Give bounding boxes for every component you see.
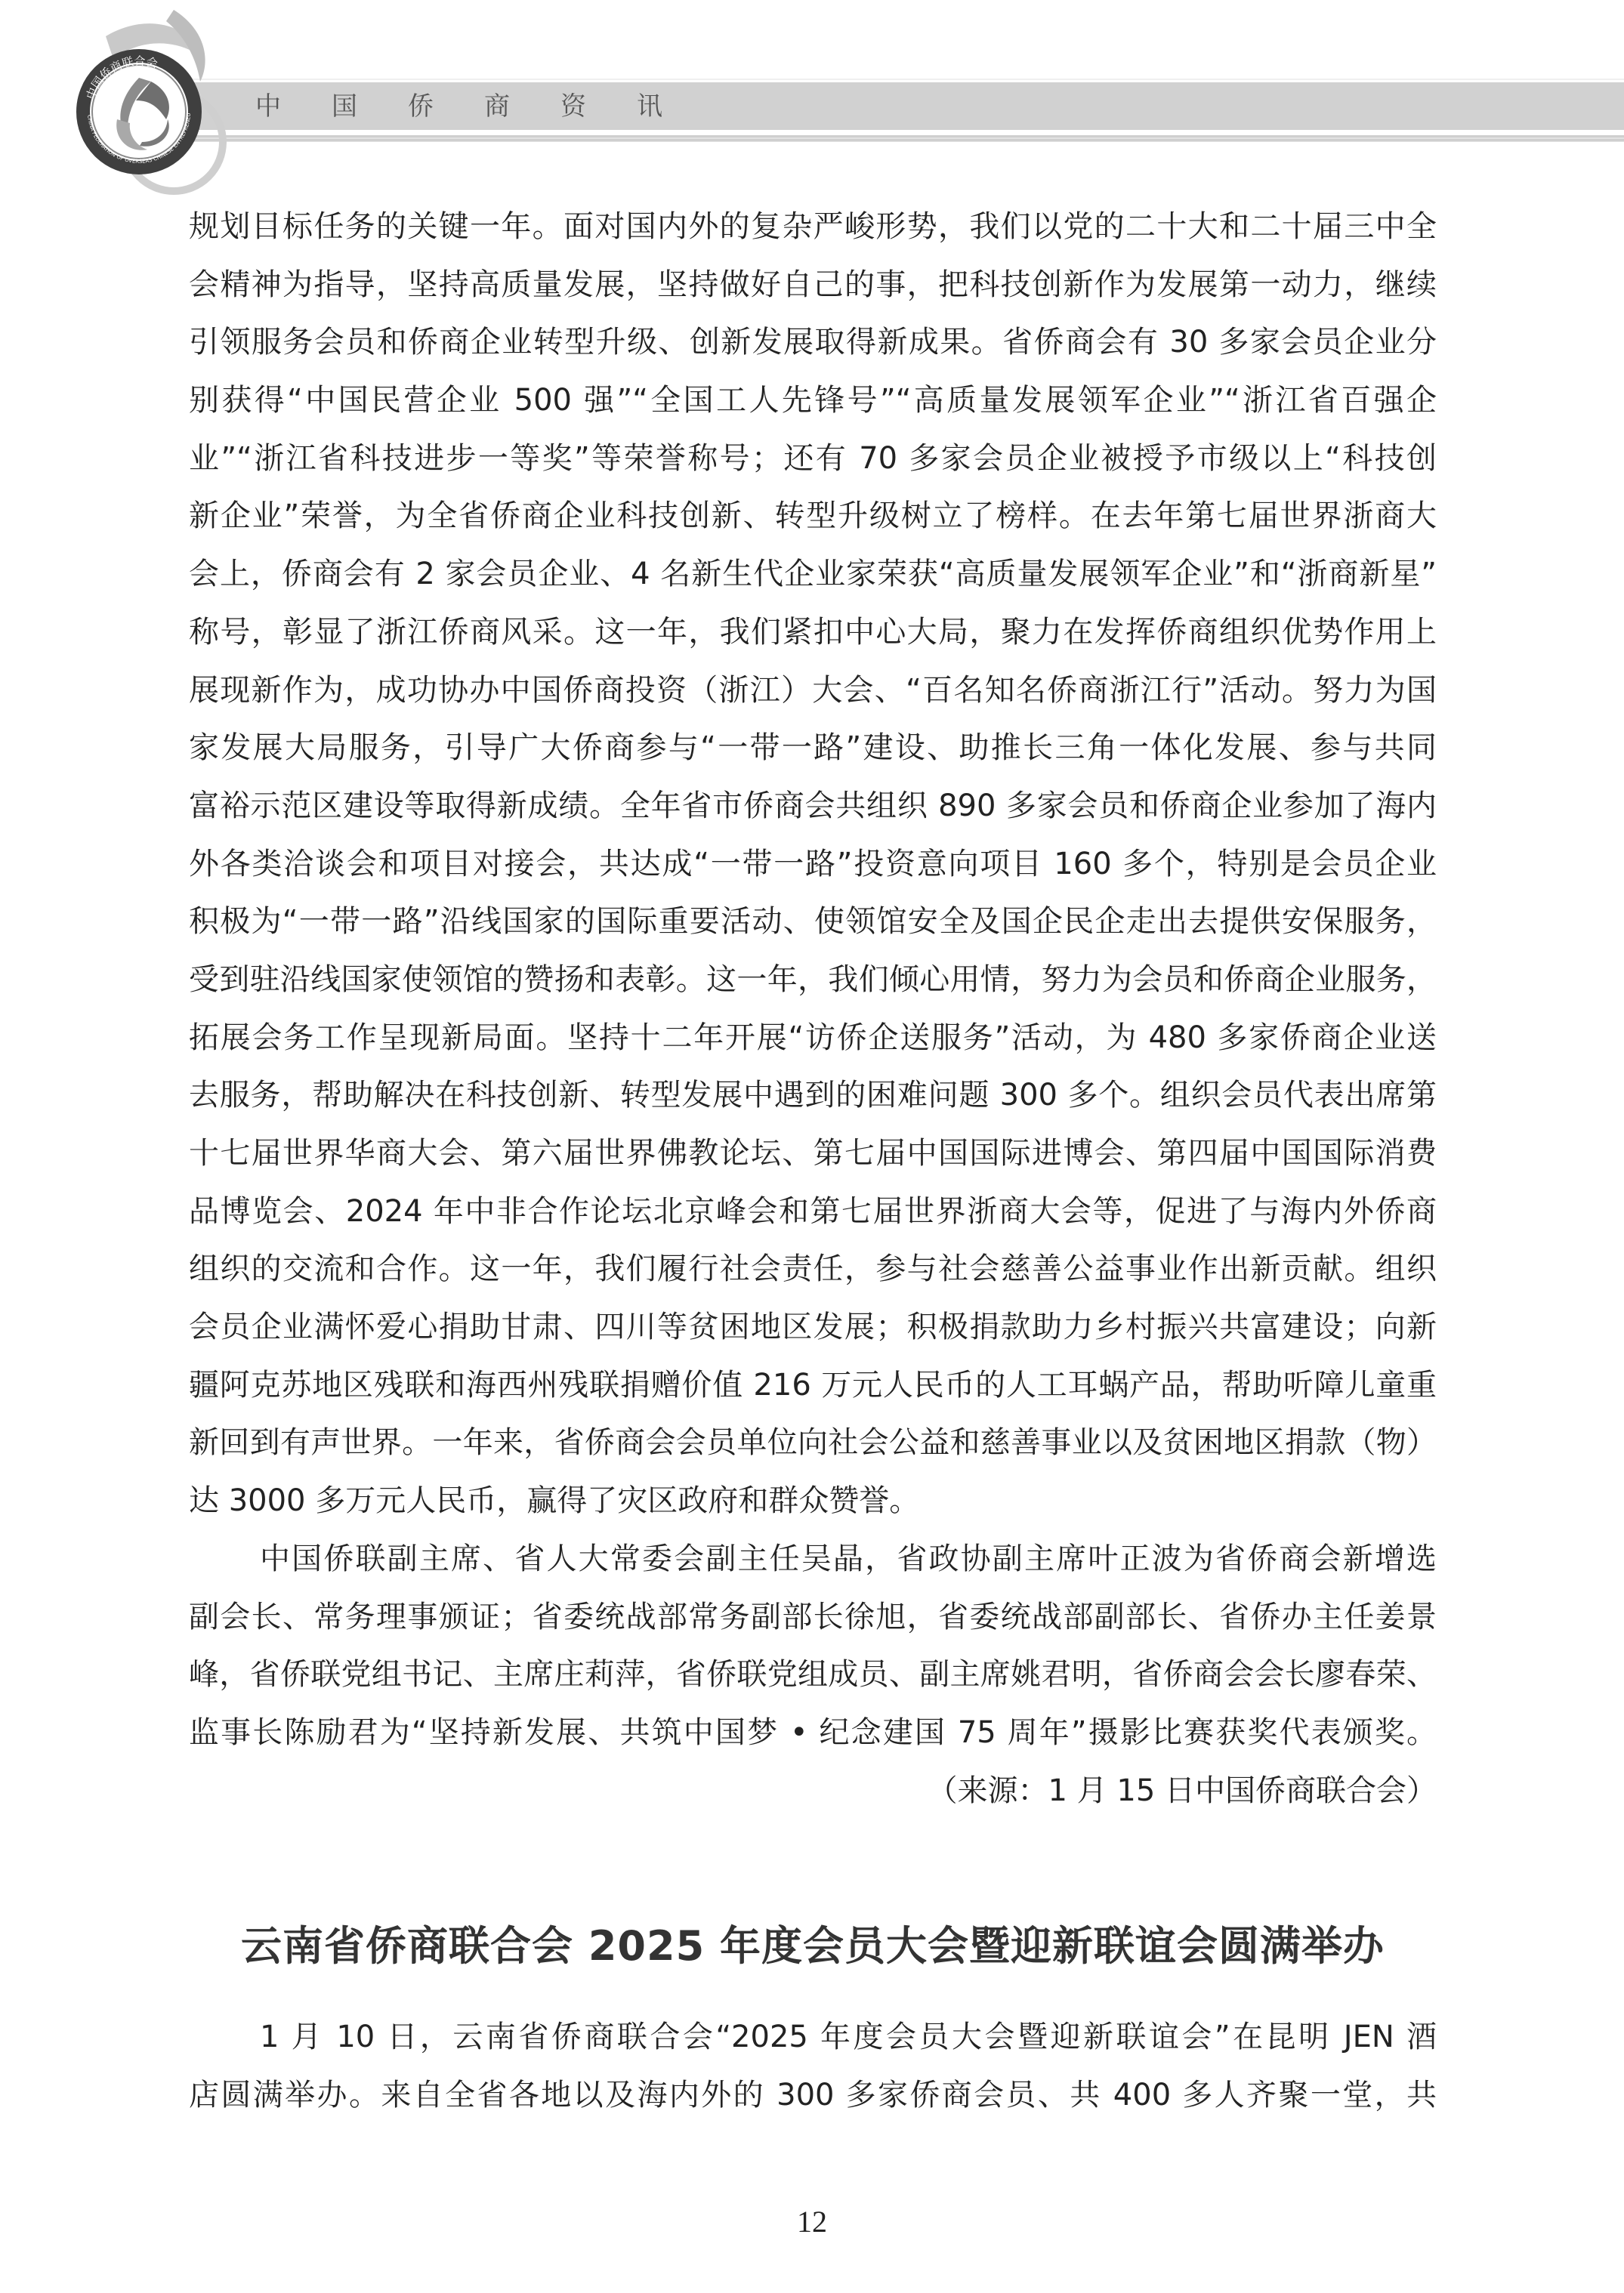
page-number: 12 xyxy=(0,2204,1624,2239)
text-line: 峰，省侨联党组书记、主席庄莉萍，省侨联党组成员、副主席姚君明，省侨商会会长廖春荣… xyxy=(189,1646,1437,1704)
publication-title-char: 国 xyxy=(332,89,408,124)
text-line: 中国侨联副主席、省人大常委会副主任吴晶，省政协副主席叶正波为省侨商会新增选 xyxy=(189,1530,1437,1588)
text-line: 规划目标任务的关键一年。面对国内外的复杂严峻形势，我们以党的二十大和二十届三中全 xyxy=(189,198,1437,256)
publication-title-char: 商 xyxy=(484,89,560,124)
text-line: 疆阿克苏地区残联和海西州残联捐赠价值 216 万元人民币的人工耳蜗产品，帮助听障… xyxy=(189,1356,1437,1415)
article-1-body: 规划目标任务的关键一年。面对国内外的复杂严峻形势，我们以党的二十大和二十届三中全… xyxy=(189,198,1437,1819)
text-line: 会员企业满怀爱心捐助甘肃、四川等贫困地区发展；积极捐款助力乡村振兴共富建设；向新 xyxy=(189,1298,1437,1356)
text-line: 去服务，帮助解决在科技创新、转型发展中遇到的困难问题 300 多个。组织会员代表… xyxy=(189,1066,1437,1125)
federation-logo-icon: 中国侨商联合会 CHINA FEDERATION OF OVERSEAS CHI… xyxy=(60,6,242,195)
header-double-rule xyxy=(193,135,1624,142)
text-line: 展现新作为，成功协办中国侨商投资（浙江）大会、“百名知名侨商浙江行”活动。努力为… xyxy=(189,662,1437,720)
article-1-paragraph-1: 规划目标任务的关键一年。面对国内外的复杂严峻形势，我们以党的二十大和二十届三中全… xyxy=(189,198,1437,1530)
text-line: 拓展会务工作呈现新局面。坚持十二年开展“访侨企送服务”活动，为 480 多家侨商… xyxy=(189,1009,1437,1067)
text-line: 品博览会、2024 年中非合作论坛北京峰会和第七届世界浙商大会等，促进了与海内外… xyxy=(189,1183,1437,1241)
text-line: 十七届世界华商大会、第六届世界佛教论坛、第七届中国国际进博会、第四届中国国际消费 xyxy=(189,1125,1437,1183)
publication-title: 中 国 侨 商 资 讯 xyxy=(255,89,713,124)
article-2-body: 1 月 10 日，云南省侨商联合会“2025 年度会员大会暨迎新联谊会”在昆明 … xyxy=(189,2008,1437,2124)
article-source: （来源：1 月 15 日中国侨商联合会） xyxy=(189,1762,1437,1820)
publication-title-char: 讯 xyxy=(637,89,713,124)
article-1-paragraph-2: 中国侨联副主席、省人大常委会副主任吴晶，省政协副主席叶正波为省侨商会新增选 副会… xyxy=(189,1530,1437,1762)
text-line: 受到驻沿线国家使领馆的赞扬和表彰。这一年，我们倾心用情，努力为会员和侨商企业服务… xyxy=(189,951,1437,1009)
text-line: 家发展大局服务，引导广大侨商参与“一带一路”建设、助推长三角一体化发展、参与共同 xyxy=(189,719,1437,777)
publication-title-char: 中 xyxy=(255,89,332,124)
text-line: 业”“浙江省科技进步一等奖”等荣誉称号；还有 70 多家会员企业被授予市级以上“… xyxy=(189,430,1437,488)
text-line: 组织的交流和合作。这一年，我们履行社会责任，参与社会慈善公益事业作出新贡献。组织 xyxy=(189,1240,1437,1298)
text-line: 副会长、常务理事颁证；省委统战部常务副部长徐旭，省委统战部副部长、省侨办主任姜景 xyxy=(189,1588,1437,1646)
text-line: 监事长陈励君为“坚持新发展、共筑中国梦 • 纪念建国 75 周年”摄影比赛获奖代… xyxy=(189,1704,1437,1762)
text-line: 1 月 10 日，云南省侨商联合会“2025 年度会员大会暨迎新联谊会”在昆明 … xyxy=(189,2008,1437,2066)
header-hairline xyxy=(193,79,1624,80)
article-2-headline: 云南省侨商联合会 2025 年度会员大会暨迎新联谊会圆满举办 xyxy=(189,1923,1437,1970)
text-line: 会精神为指导，坚持高质量发展，坚持做好自己的事，把科技创新作为发展第一动力，继续 xyxy=(189,256,1437,314)
text-line: 外各类洽谈会和项目对接会，共达成“一带一路”投资意向项目 160 多个，特别是会… xyxy=(189,835,1437,893)
text-line: 新回到有声世界。一年来，省侨商会会员单位向社会公益和慈善事业以及贫困地区捐款（物… xyxy=(189,1414,1437,1472)
text-line: 店圆满举办。来自全省各地以及海内外的 300 多家侨商会员、共 400 多人齐聚… xyxy=(189,2066,1437,2125)
publication-title-char: 侨 xyxy=(408,89,484,124)
text-line: 积极为“一带一路”沿线国家的国际重要活动、使领馆安全及国企民企走出去提供安保服务… xyxy=(189,893,1437,951)
text-line: 引领服务会员和侨商企业转型升级、创新发展取得新成果。省侨商会有 30 多家会员企… xyxy=(189,313,1437,372)
publication-title-char: 资 xyxy=(560,89,637,124)
text-line: 别获得“中国民营企业 500 强”“全国工人先锋号”“高质量发展领军企业”“浙江… xyxy=(189,372,1437,430)
text-line: 会上，侨商会有 2 家会员企业、4 名新生代企业家荣获“高质量发展领军企业”和“… xyxy=(189,545,1437,603)
text-line: 富裕示范区建设等取得新成绩。全年省市侨商会共组织 890 多家会员和侨商企业参加… xyxy=(189,777,1437,835)
text-line: 达 3000 多万元人民币，赢得了灾区政府和群众赞誉。 xyxy=(189,1472,1437,1530)
text-line: 称号，彰显了浙江侨商风采。这一年，我们紧扣中心大局，聚力在发挥侨商组织优势作用上 xyxy=(189,603,1437,662)
text-line: 新企业”荣誉，为全省侨商企业科技创新、转型升级树立了榜样。在去年第七届世界浙商大 xyxy=(189,487,1437,545)
